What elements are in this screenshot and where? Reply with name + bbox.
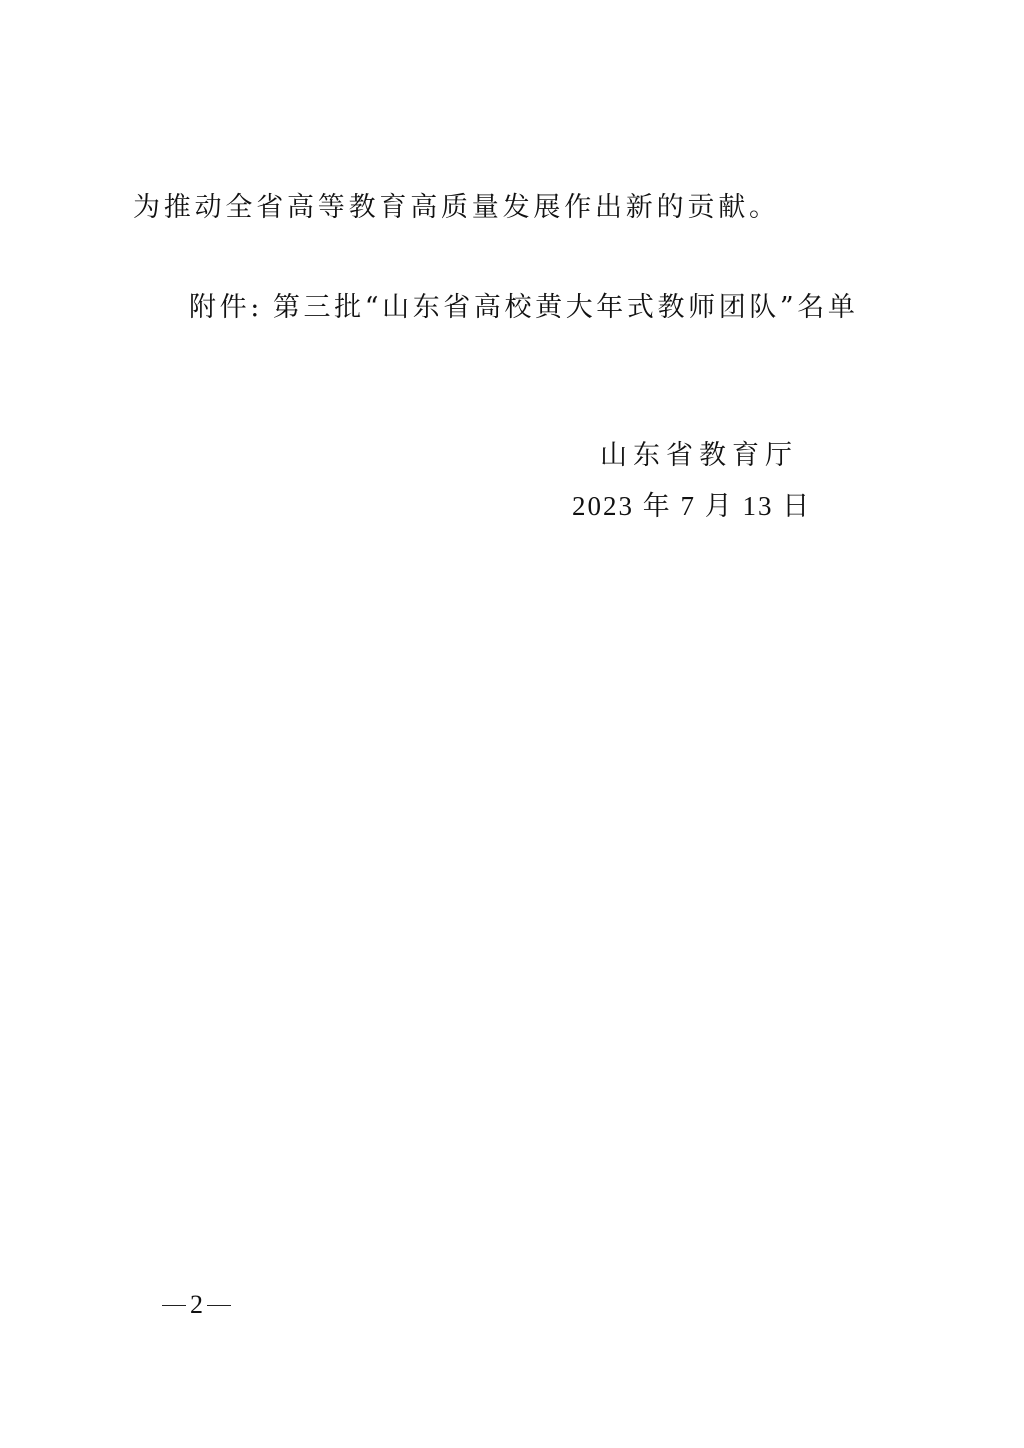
issue-date: 2023 年 7 月 13 日	[572, 488, 811, 524]
body-paragraph-line: 为推动全省高等教育高质量发展作出新的贡献。	[133, 190, 780, 226]
date-year-unit: 年	[643, 488, 672, 524]
issuing-authority: 山东省教育厅	[600, 438, 798, 474]
attachment-title: 第三批“山东省高校黄大年式教师团队”名单	[273, 292, 859, 323]
attachment-label: 附件:	[189, 292, 263, 323]
dash-right-icon	[207, 1305, 231, 1306]
date-day-unit: 日	[782, 488, 811, 524]
attachment-note: 附件:第三批“山东省高校黄大年式教师团队”名单	[189, 290, 859, 326]
date-month: 7	[681, 488, 697, 524]
date-month-unit: 月	[705, 488, 734, 524]
page-number: 2	[190, 1290, 203, 1320]
dash-left-icon	[162, 1305, 186, 1306]
date-day: 13	[743, 488, 774, 524]
date-year: 2023	[572, 488, 634, 524]
document-page: 为推动全省高等教育高质量发展作出新的贡献。 附件:第三批“山东省高校黄大年式教师…	[0, 0, 1024, 1448]
page-number-footer: 2	[158, 1290, 235, 1320]
